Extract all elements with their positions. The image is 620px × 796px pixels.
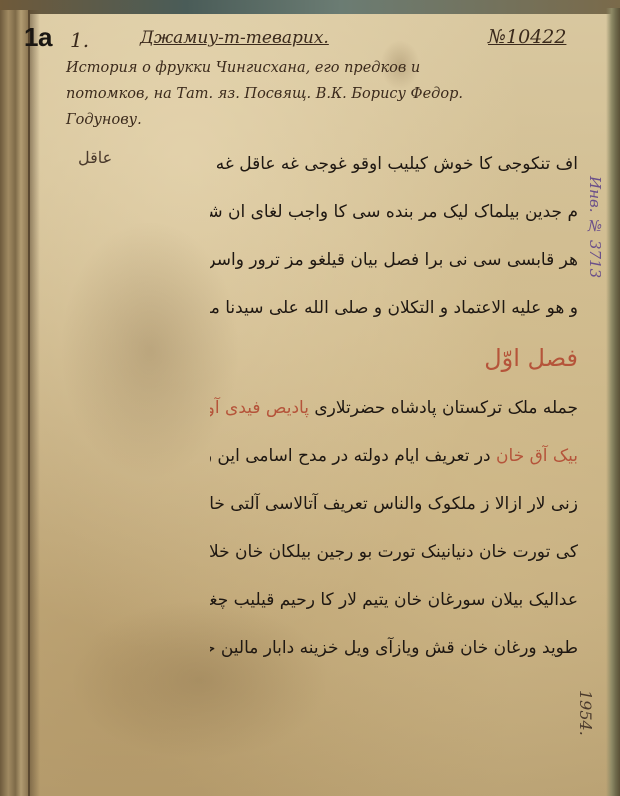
text-line-mixed: بیک آق خان در تعریف ایام دولته در مدح اس… — [210, 432, 578, 480]
arabic-text-block: اف تنکوجی کا خوش کیلیب اوقو غوجی غه عاقل… — [210, 140, 578, 672]
folio-number: 1. — [70, 28, 89, 52]
text-line: عدالیک بیلان سورغان خان یتیم لار کا رحیم… — [210, 576, 578, 624]
description-line: потомков, на Тат. яз. Посвящ. В.К. Борис… — [66, 86, 463, 102]
text-line: طوید ورغان خان قش ویازآی ویل خزینه دابار… — [210, 624, 578, 672]
description-line: Годунову. — [66, 112, 142, 128]
page-label: 1a — [24, 22, 52, 53]
page-right-edge — [606, 8, 620, 796]
description-line: История о фрукки Чингисхана, его предков… — [66, 60, 420, 76]
text-black: جمله ملک ترکستان پادشاه حضرتلاری — [309, 398, 578, 418]
left-margin-note: عاقل — [78, 148, 112, 167]
text-black: در تعریف ایام دولته در مدح اسامی این رتب… — [210, 446, 491, 466]
text-line: کی تورت خان دنیانینک تورت بو رجین بیلکان… — [210, 528, 578, 576]
text-line-mixed: جمله ملک ترکستان پادشاه حضرتلاری پادیص ف… — [210, 384, 578, 432]
right-margin-year: 1954. — [576, 690, 595, 736]
book-binding-spine — [0, 10, 30, 796]
manuscript-title: Джамиу-т-теварих. — [140, 28, 329, 48]
chapter-rubric: فصل اوّل — [210, 332, 578, 384]
right-margin-inventory: Инв. № 3713 — [586, 176, 604, 278]
text-rubricated: پادیص فیدی آوج اولوغ — [210, 398, 309, 418]
text-line: م جدین بیلماک لیک مر بنده سی کا واجب لغا… — [210, 188, 578, 236]
text-line: اف تنکوجی کا خوش کیلیب اوقو غوجی غه عاقل… — [210, 140, 578, 188]
text-line: زنی لار ازالا ز ملکوک والناس تعریف آتالا… — [210, 480, 578, 528]
text-line: و هو علیه الاعتماد و التکلان و صلی الله … — [210, 284, 578, 332]
book-cover-top-edge — [0, 0, 620, 14]
text-rubricated: بیک آق خان — [491, 446, 578, 466]
binding-shadow — [30, 10, 40, 796]
manuscript-page: 1a 1. Джамиу-т-теварих. №10422 История о… — [0, 0, 620, 796]
text-line: هر قابسی سی نی برا فصل بیان قیلغو مز ترو… — [210, 236, 578, 284]
inventory-number: №10422 — [488, 26, 566, 48]
